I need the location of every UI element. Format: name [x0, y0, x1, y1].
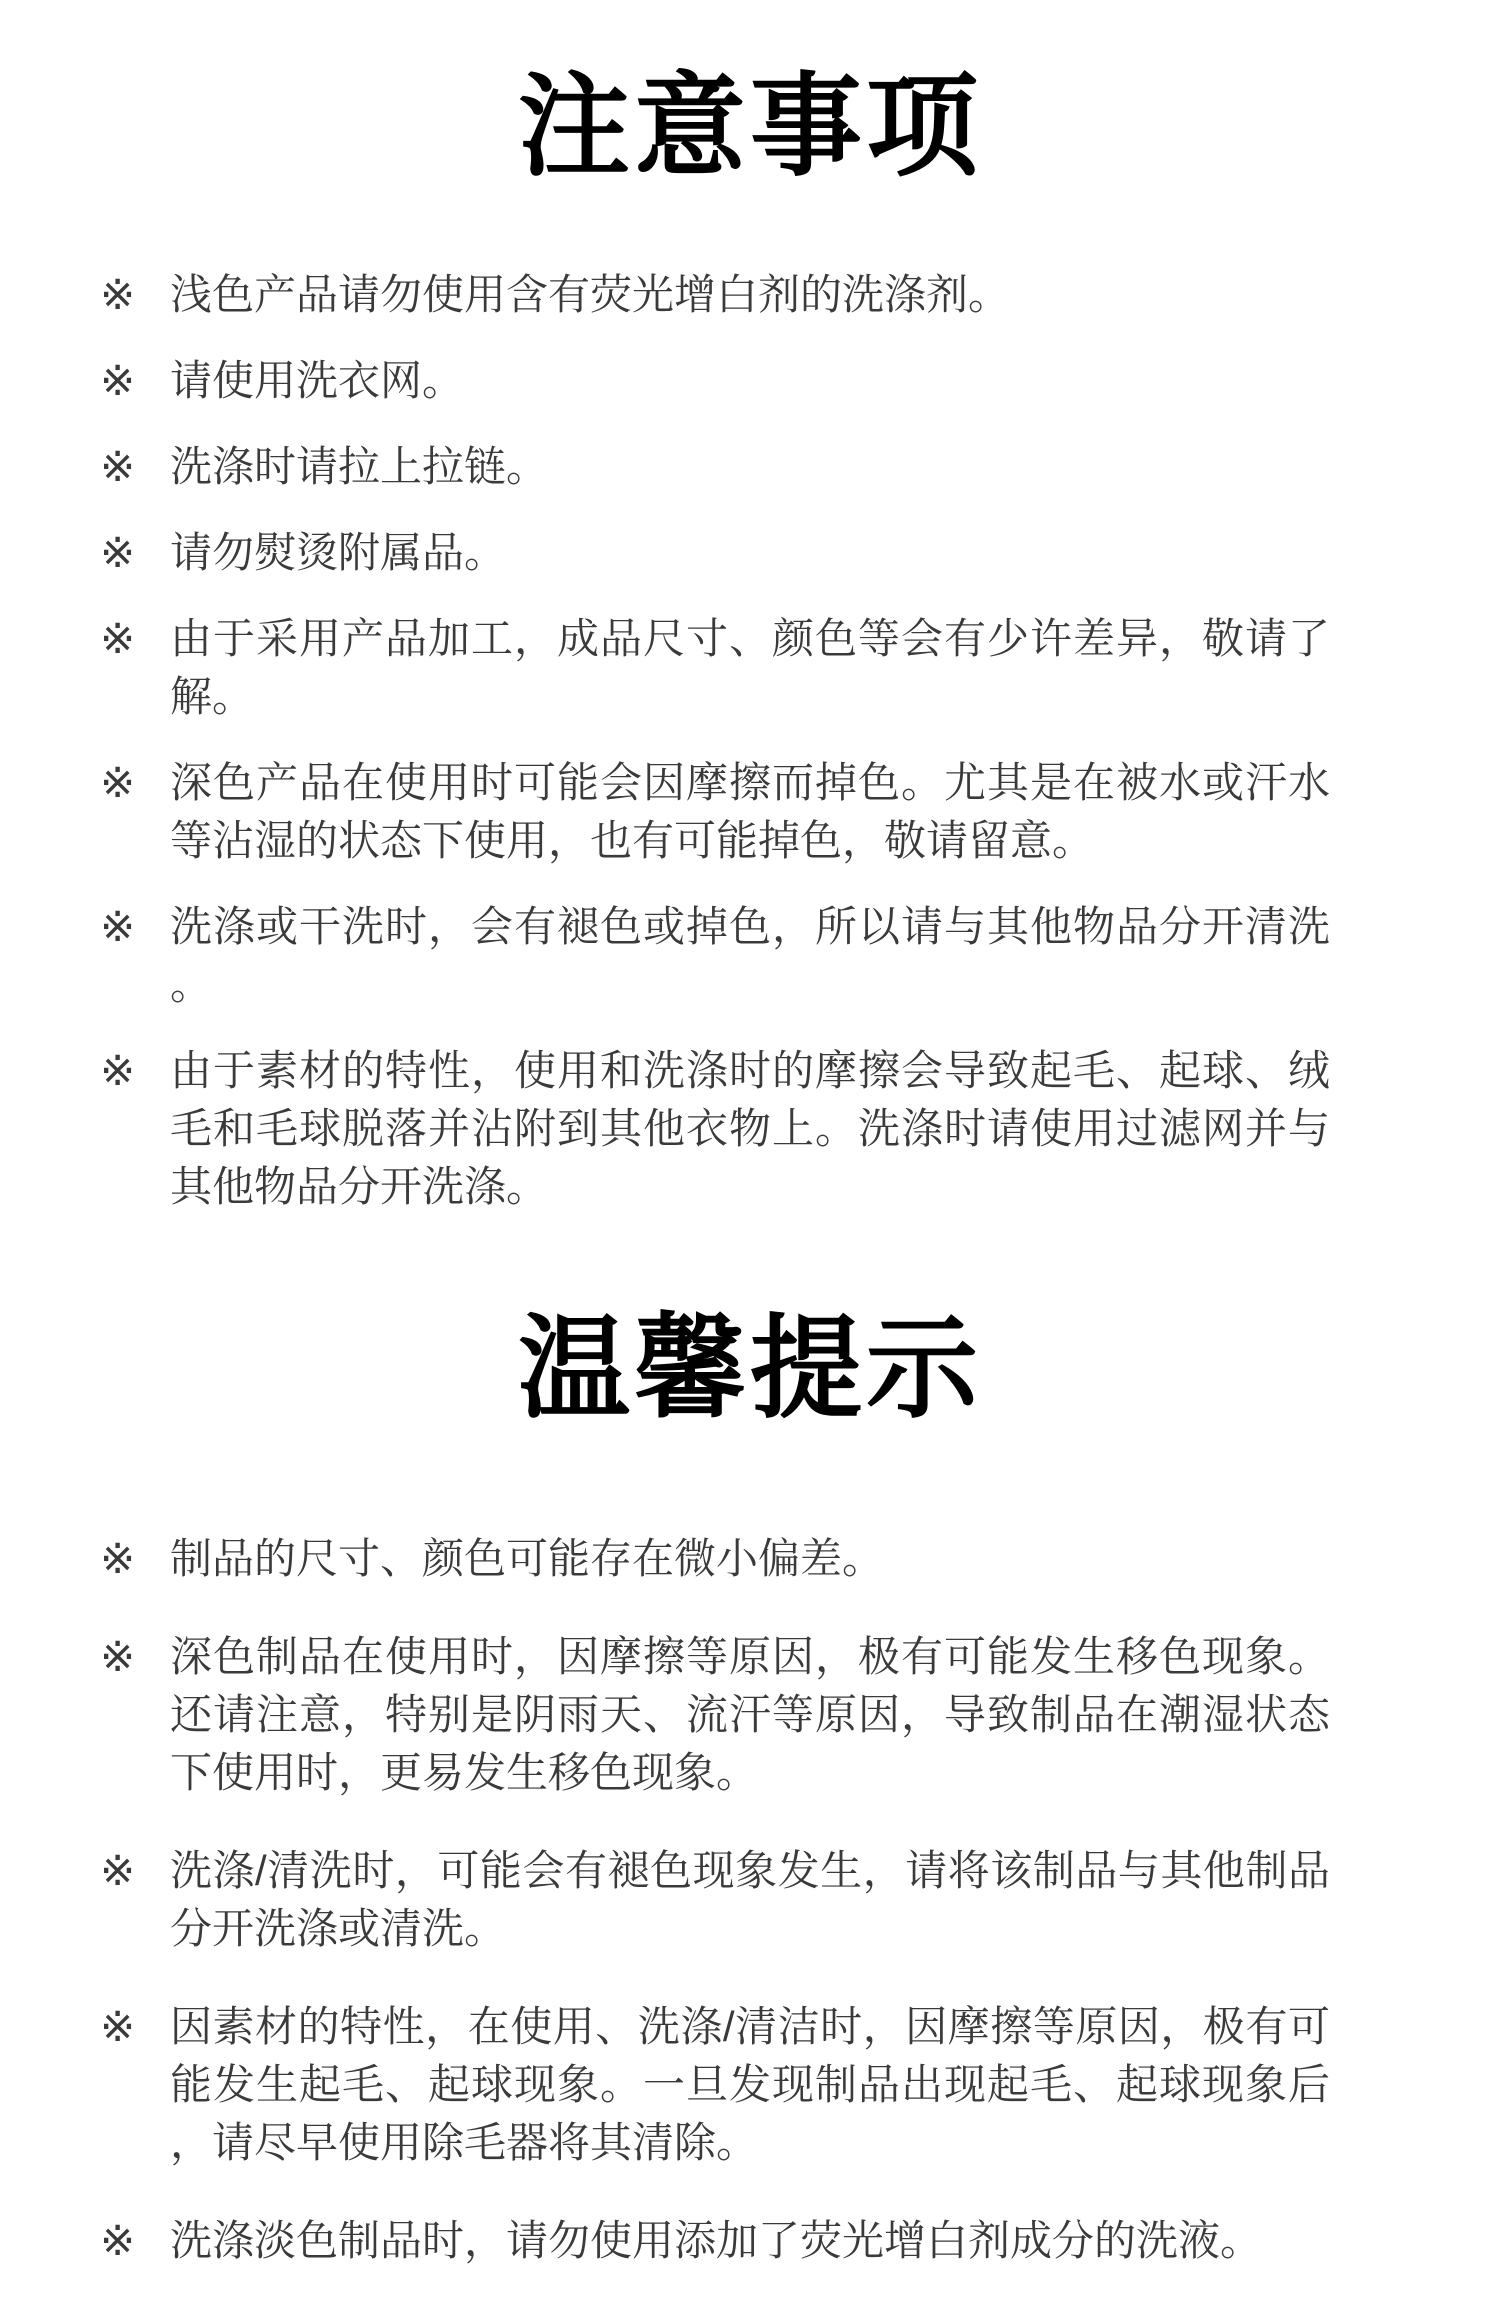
reference-mark-icon: ※ — [100, 266, 144, 324]
reference-mark-icon: ※ — [100, 1628, 144, 1686]
care-instructions-page: 注意事项 ※ 浅色产品请勿使用含有荧光增白剂的洗涤剂。 ※ 请使用洗衣网。 ※ … — [0, 0, 1500, 2322]
item-text: 制品的尺寸、颜色可能存在微小偏差。 — [170, 1530, 1330, 1588]
reference-mark-icon: ※ — [100, 2212, 144, 2270]
list-item: ※ 洗涤淡色制品时，请勿使用添加了荧光增白剂成分的洗液。 — [100, 2212, 1330, 2270]
reference-mark-icon: ※ — [100, 352, 144, 410]
list-item: ※ 制品的尺寸、颜色可能存在微小偏差。 — [100, 1530, 1330, 1588]
section-title: 注意事项 — [0, 62, 1500, 192]
item-text: 因素材的特性，在使用、洗涤/清洁时，因摩擦等原因，极有可能发生起毛、起球现象。一… — [170, 1998, 1330, 2172]
list-item: ※ 洗涤或干洗时，会有褪色或掉色，所以请与其他物品分开清洗。 — [100, 898, 1330, 1014]
item-text: 洗涤时请拉上拉链。 — [170, 438, 1330, 496]
reference-mark-icon: ※ — [100, 438, 144, 496]
item-text: 洗涤淡色制品时，请勿使用添加了荧光增白剂成分的洗液。 — [170, 2212, 1330, 2270]
care-section: 温馨提示 ※ 制品的尺寸、颜色可能存在微小偏差。 ※ 深色制品在使用时，因摩擦等… — [0, 1304, 1500, 2270]
list-item: ※ 由于采用产品加工，成品尺寸、颜色等会有少许差异，敬请了解。 — [100, 610, 1330, 726]
item-text: 浅色产品请勿使用含有荧光增白剂的洗涤剂。 — [170, 266, 1330, 324]
reference-mark-icon: ※ — [100, 1842, 144, 1900]
list-item: ※ 请勿熨烫附属品。 — [100, 524, 1330, 582]
reference-mark-icon: ※ — [100, 1042, 144, 1100]
list-item: ※ 洗涤/清洗时，可能会有褪色现象发生，请将该制品与其他制品分开洗涤或清洗。 — [100, 1842, 1330, 1958]
item-text: 洗涤或干洗时，会有褪色或掉色，所以请与其他物品分开清洗。 — [170, 898, 1330, 1014]
reference-mark-icon: ※ — [100, 754, 144, 812]
section-title: 温馨提示 — [0, 1304, 1500, 1434]
list-item: ※ 深色产品在使用时可能会因摩擦而掉色。尤其是在被水或汗水等沾湿的状态下使用，也… — [100, 754, 1330, 870]
list-item: ※ 浅色产品请勿使用含有荧光增白剂的洗涤剂。 — [100, 266, 1330, 324]
list-item: ※ 因素材的特性，在使用、洗涤/清洁时，因摩擦等原因，极有可能发生起毛、起球现象… — [100, 1998, 1330, 2172]
item-text: 深色产品在使用时可能会因摩擦而掉色。尤其是在被水或汗水等沾湿的状态下使用，也有可… — [170, 754, 1330, 870]
reference-mark-icon: ※ — [100, 1530, 144, 1588]
list-item: ※ 深色制品在使用时，因摩擦等原因，极有可能发生移色现象。还请注意，特别是阴雨天… — [100, 1628, 1330, 1802]
item-text: 由于素材的特性，使用和洗涤时的摩擦会导致起毛、起球、绒毛和毛球脱落并沾附到其他衣… — [170, 1042, 1330, 1216]
section-list: ※ 浅色产品请勿使用含有荧光增白剂的洗涤剂。 ※ 请使用洗衣网。 ※ 洗涤时请拉… — [0, 266, 1500, 1216]
item-text: 请使用洗衣网。 — [170, 352, 1330, 410]
reference-mark-icon: ※ — [100, 610, 144, 668]
list-item: ※ 请使用洗衣网。 — [100, 352, 1330, 410]
item-text: 请勿熨烫附属品。 — [170, 524, 1330, 582]
care-section: 注意事项 ※ 浅色产品请勿使用含有荧光增白剂的洗涤剂。 ※ 请使用洗衣网。 ※ … — [0, 62, 1500, 1216]
section-list: ※ 制品的尺寸、颜色可能存在微小偏差。 ※ 深色制品在使用时，因摩擦等原因，极有… — [0, 1530, 1500, 2270]
sections: 注意事项 ※ 浅色产品请勿使用含有荧光增白剂的洗涤剂。 ※ 请使用洗衣网。 ※ … — [0, 62, 1500, 2270]
reference-mark-icon: ※ — [100, 524, 144, 582]
item-text: 由于采用产品加工，成品尺寸、颜色等会有少许差异，敬请了解。 — [170, 610, 1330, 726]
list-item: ※ 洗涤时请拉上拉链。 — [100, 438, 1330, 496]
item-text: 深色制品在使用时，因摩擦等原因，极有可能发生移色现象。还请注意，特别是阴雨天、流… — [170, 1628, 1330, 1802]
reference-mark-icon: ※ — [100, 1998, 144, 2056]
reference-mark-icon: ※ — [100, 898, 144, 956]
item-text: 洗涤/清洗时，可能会有褪色现象发生，请将该制品与其他制品分开洗涤或清洗。 — [170, 1842, 1330, 1958]
list-item: ※ 由于素材的特性，使用和洗涤时的摩擦会导致起毛、起球、绒毛和毛球脱落并沾附到其… — [100, 1042, 1330, 1216]
